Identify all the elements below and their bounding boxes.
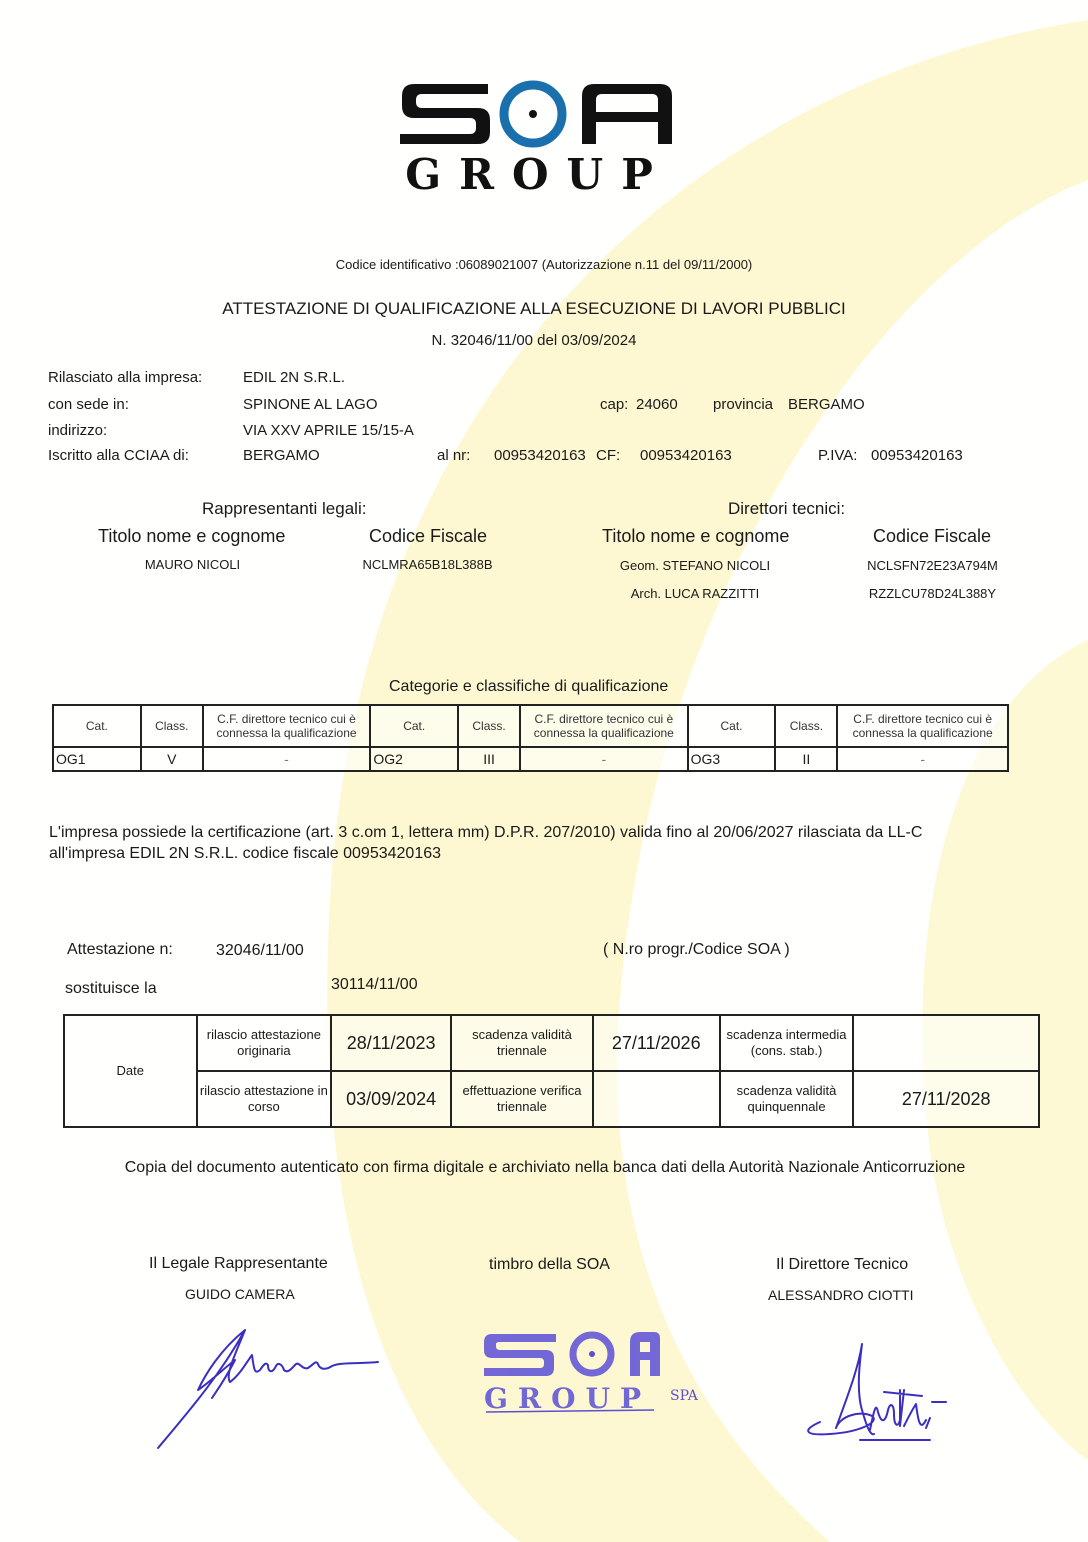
triennial-expiry-date: 27/11/2026 <box>593 1015 720 1071</box>
current-release-label: rilascio attestazione in corso <box>197 1071 332 1127</box>
cf-label: CF: <box>596 447 620 464</box>
categories-header-row: Cat. Class. C.F. direttore tecnico cui è… <box>53 705 1008 747</box>
seat-value: SPINONE AL LAGO <box>243 396 378 413</box>
five-year-expiry-date: 27/11/2028 <box>853 1071 1039 1127</box>
categories-table: Cat. Class. C.F. direttore tecnico cui è… <box>52 704 1009 772</box>
triennial-check-label: effettuazione verifica triennale <box>451 1071 593 1127</box>
categories-title: Categorie e classifiche di qualificazion… <box>389 678 668 696</box>
ccia-value: BERGAMO <box>243 447 320 464</box>
triennial-expiry-label: scadenza validità triennale <box>451 1015 593 1071</box>
legal-rep-signature-label: Il Legale Rappresentante <box>149 1255 328 1273</box>
director-signature-name: ALESSANDRO CIOTTI <box>768 1287 913 1303</box>
issued-to-value: EDIL 2N S.R.L. <box>243 369 345 386</box>
stamp-label: timbro della SOA <box>489 1256 610 1274</box>
category-code: OG2 <box>370 747 458 771</box>
category-code: OG1 <box>53 747 141 771</box>
soa-stamp: GROUP SPA <box>478 1326 718 1416</box>
tech-directors-col-cf: Codice Fiscale <box>873 526 991 547</box>
intermediate-expiry-date <box>853 1015 1039 1071</box>
replaces-value: 30114/11/00 <box>331 976 418 994</box>
legal-rep-cf: NCLMRA65B18L388B <box>340 557 515 572</box>
tech-director-cf: RZZLCU78D24L388Y <box>840 586 1025 601</box>
attestation-label: Attestazione n: <box>67 941 173 959</box>
tech-director-name: Arch. LUCA RAZZITTI <box>590 586 800 601</box>
seat-label: con sede in: <box>48 396 129 413</box>
document-title: ATTESTAZIONE DI QUALIFICAZIONE ALLA ESEC… <box>0 299 1068 319</box>
address-value: VIA XXV APRILE 15/15-A <box>243 422 414 439</box>
dates-table: Date rilascio attestazione originaria 28… <box>63 1014 1040 1128</box>
legal-reps-col-name: Titolo nome e cognome <box>98 526 285 547</box>
replaces-label: sostituisce la <box>65 980 157 998</box>
five-year-expiry-label: scadenza validità quinquennale <box>720 1071 854 1127</box>
category-cf: - <box>203 747 371 771</box>
legal-reps-heading: Rappresentanti legali: <box>202 499 366 519</box>
original-release-date: 28/11/2023 <box>331 1015 451 1071</box>
certification-line-1: L'impresa possiede la certificazione (ar… <box>49 824 922 842</box>
province-value: BERGAMO <box>788 396 865 413</box>
header-class: Class. <box>775 705 837 747</box>
logo-group-text: GROUP <box>398 150 678 199</box>
header-cat: Cat. <box>370 705 458 747</box>
category-cf: - <box>520 747 688 771</box>
header-cf: C.F. direttore tecnico cui è connessa la… <box>520 705 688 747</box>
current-release-date: 03/09/2024 <box>331 1071 451 1127</box>
dates-row-original: Date rilascio attestazione originaria 28… <box>64 1015 1039 1071</box>
director-signature-label: Il Direttore Tecnico <box>776 1256 908 1274</box>
original-release-label: rilascio attestazione originaria <box>197 1015 332 1071</box>
tech-director-cf: NCLSFN72E23A794M <box>840 558 1025 573</box>
cap-value: 24060 <box>636 396 678 413</box>
document-number: N. 32046/11/00 del 03/09/2024 <box>0 332 1068 349</box>
registration-nr-label: al nr: <box>437 447 470 464</box>
header-cat: Cat. <box>688 705 776 747</box>
header-class: Class. <box>458 705 520 747</box>
attestation-value: 32046/11/00 <box>216 942 304 960</box>
category-class: V <box>141 747 203 771</box>
header-cf: C.F. direttore tecnico cui è connessa la… <box>837 705 1008 747</box>
category-cf: - <box>837 747 1008 771</box>
legal-rep-signature-name: GUIDO CAMERA <box>185 1286 295 1302</box>
province-label: provincia <box>713 396 773 413</box>
table-row: OG1 V - OG2 III - OG3 II - <box>53 747 1008 771</box>
tech-directors-heading: Direttori tecnici: <box>728 499 845 519</box>
legal-rep-name: MAURO NICOLI <box>90 557 295 572</box>
address-label: indirizzo: <box>48 422 107 439</box>
identifier-code: Codice identificativo :06089021007 (Auto… <box>0 257 1088 272</box>
category-class: II <box>775 747 837 771</box>
issued-to-label: Rilasciato alla impresa: <box>48 369 202 386</box>
ccia-label: Iscritto alla CCIAA di: <box>48 447 189 464</box>
piva-value: 00953420163 <box>871 447 963 464</box>
footer-note: Copia del documento autenticato con firm… <box>0 1159 1088 1177</box>
registration-nr-value: 00953420163 <box>494 447 586 464</box>
stamp-suffix-text: SPA <box>670 1388 699 1404</box>
cap-label: cap: <box>600 396 628 413</box>
header-cf: C.F. direttore tecnico cui è connessa la… <box>203 705 371 747</box>
category-code: OG3 <box>688 747 776 771</box>
certification-line-2: all'impresa EDIL 2N S.R.L. codice fiscal… <box>49 845 441 863</box>
cf-value: 00953420163 <box>640 447 732 464</box>
category-class: III <box>458 747 520 771</box>
header-cat: Cat. <box>53 705 141 747</box>
attestation-note: ( N.ro progr./Codice SOA ) <box>603 941 790 959</box>
director-signature <box>800 1340 950 1450</box>
legal-rep-signature <box>150 1320 390 1460</box>
piva-label: P.IVA: <box>818 447 857 464</box>
triennial-check-date <box>593 1071 720 1127</box>
document-page: GROUP Codice identificativo :06089021007… <box>0 0 1088 1542</box>
intermediate-expiry-label: scadenza intermedia (cons. stab.) <box>720 1015 854 1071</box>
tech-directors-col-name: Titolo nome e cognome <box>602 526 789 547</box>
legal-reps-col-cf: Codice Fiscale <box>369 526 487 547</box>
tech-director-name: Geom. STEFANO NICOLI <box>590 558 800 573</box>
dates-row-current: rilascio attestazione in corso 03/09/202… <box>64 1071 1039 1127</box>
dates-label: Date <box>64 1015 197 1127</box>
header-class: Class. <box>141 705 203 747</box>
